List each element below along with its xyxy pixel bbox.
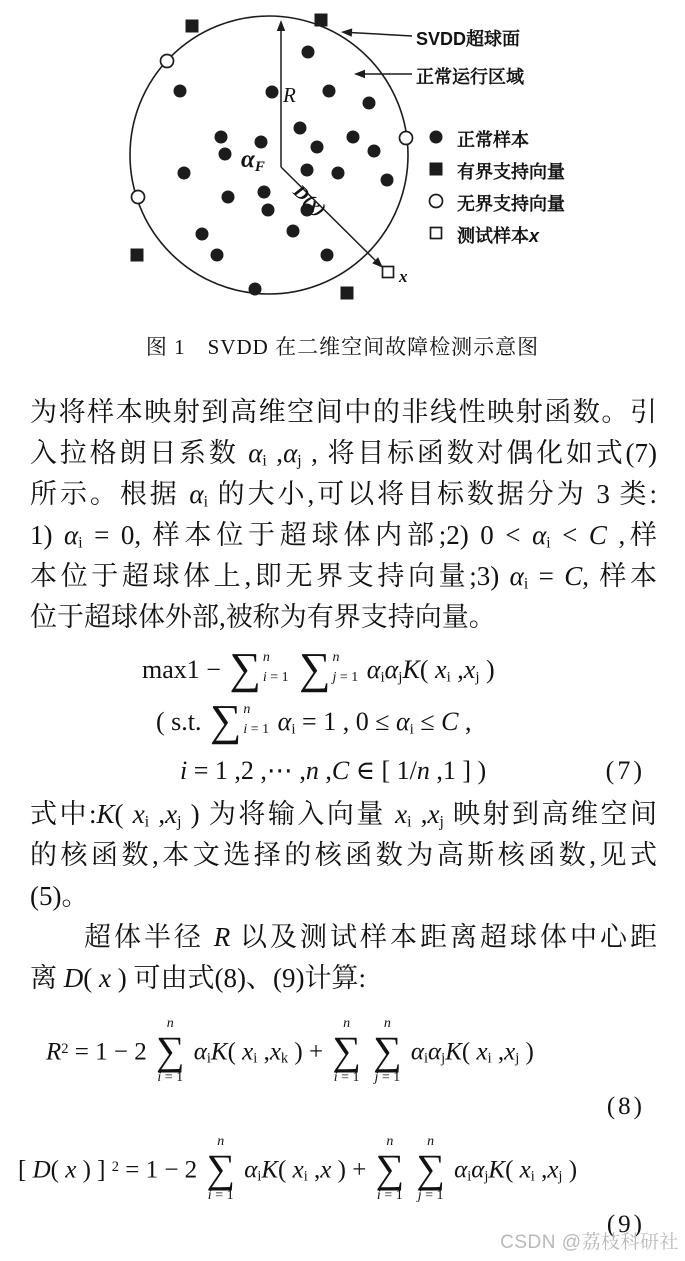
paragraph-line: 的核函数,本文选择的核函数为高斯核函数,见式 (30, 835, 657, 876)
article-body: 为将样本映射到高维空间中的非线性映射函数。引 入拉格朗日系数 αi ,αj , … (30, 392, 657, 1245)
equation-7-line-3-body: i = 1 ,2 ,⋯ ,n ,C ∈ [ 1/n ,1 ] ) (180, 748, 486, 794)
paragraph-line: 为将样本映射到高维空间中的非线性映射函数。引 (30, 392, 657, 433)
paragraph-line: 本位于超球体上,即无界支持向量;3) αi = C, 样本 (30, 556, 657, 597)
paragraph-line: 所示。根据 αi 的大小,可以将目标数据分为 3 类: (30, 474, 657, 515)
equation-8: R2 = 1 − 2 n∑i = 1 αiK( xi ,xk ) + n∑i =… (30, 1011, 657, 1127)
equation-8-body: R2 = 1 − 2 n∑i = 1 αiK( xi ,xk ) + n∑i =… (46, 1011, 657, 1087)
paper-page: SVDD超球面 正常运行区域 正常样本 有界支持向量 无界支持向量 测试样本x … (0, 0, 685, 1261)
paragraph-line: (5)。 (30, 876, 657, 917)
label-test-x: x (399, 267, 408, 287)
equation-8-number: (8) (607, 1087, 657, 1127)
label-radius-r: R (283, 83, 296, 108)
legend-item-test-sample: 测试样本x (457, 222, 539, 248)
equation-8-number-row: (8) (30, 1087, 657, 1127)
svdd-diagram (0, 0, 685, 322)
paragraph-line: 离 D( x ) 可由式(8)、(9)计算: (30, 958, 657, 999)
paragraph-line: 式中:K( xi ,xj ) 为将输入向量 xi ,xj 映射到高维空间 (30, 794, 657, 835)
label-normal-region: 正常运行区域 (416, 63, 524, 89)
legend-item-unbounded-sv: 无界支持向量 (457, 190, 565, 216)
equation-7-line-3: i = 1 ,2 ,⋯ ,n ,C ∈ [ 1/n ,1 ] ) (7) (180, 748, 657, 794)
equation-7-line-2: ( s.t. ∑ni = 1 αi = 1 , 0 ≤ αi ≤ C , (156, 696, 657, 748)
equation-7-line-1: max1 − ∑ni = 1 ∑nj = 1 αiαjK( xi ,xj ) (142, 644, 657, 696)
paragraph-line: 位于超球体外部,被称为有界支持向量。 (30, 597, 657, 638)
paragraph-line: 入拉格朗日系数 αi ,αj , 将目标函数对偶化如式(7) (30, 433, 657, 474)
equation-7: max1 − ∑ni = 1 ∑nj = 1 αiαjK( xi ,xj ) (… (30, 644, 657, 794)
paragraph-line: 1) αi = 0, 样本位于超球体内部;2) 0 < αi < C ,样 (30, 515, 657, 556)
label-hypersphere: SVDD超球面 (416, 25, 520, 51)
paragraph-line: 超体半径 R 以及测试样本距离超球体中心距 (30, 917, 657, 958)
csdn-watermark: CSDN @荔枝科研社 (500, 1227, 679, 1254)
legend-item-bounded-sv: 有界支持向量 (457, 158, 565, 184)
legend-item-normal-sample: 正常样本 (457, 126, 529, 152)
equation-9-body: [ D( x ) ] 2 = 1 − 2 n∑i = 1 αiK( xi ,x … (18, 1129, 657, 1205)
figure-1: SVDD超球面 正常运行区域 正常样本 有界支持向量 无界支持向量 测试样本x … (0, 0, 685, 392)
equation-7-number: (7) (606, 748, 657, 794)
figure-caption: 图 1 SVDD 在二维空间故障检测示意图 (0, 331, 685, 361)
label-center-alpha-f: αF (241, 146, 265, 176)
